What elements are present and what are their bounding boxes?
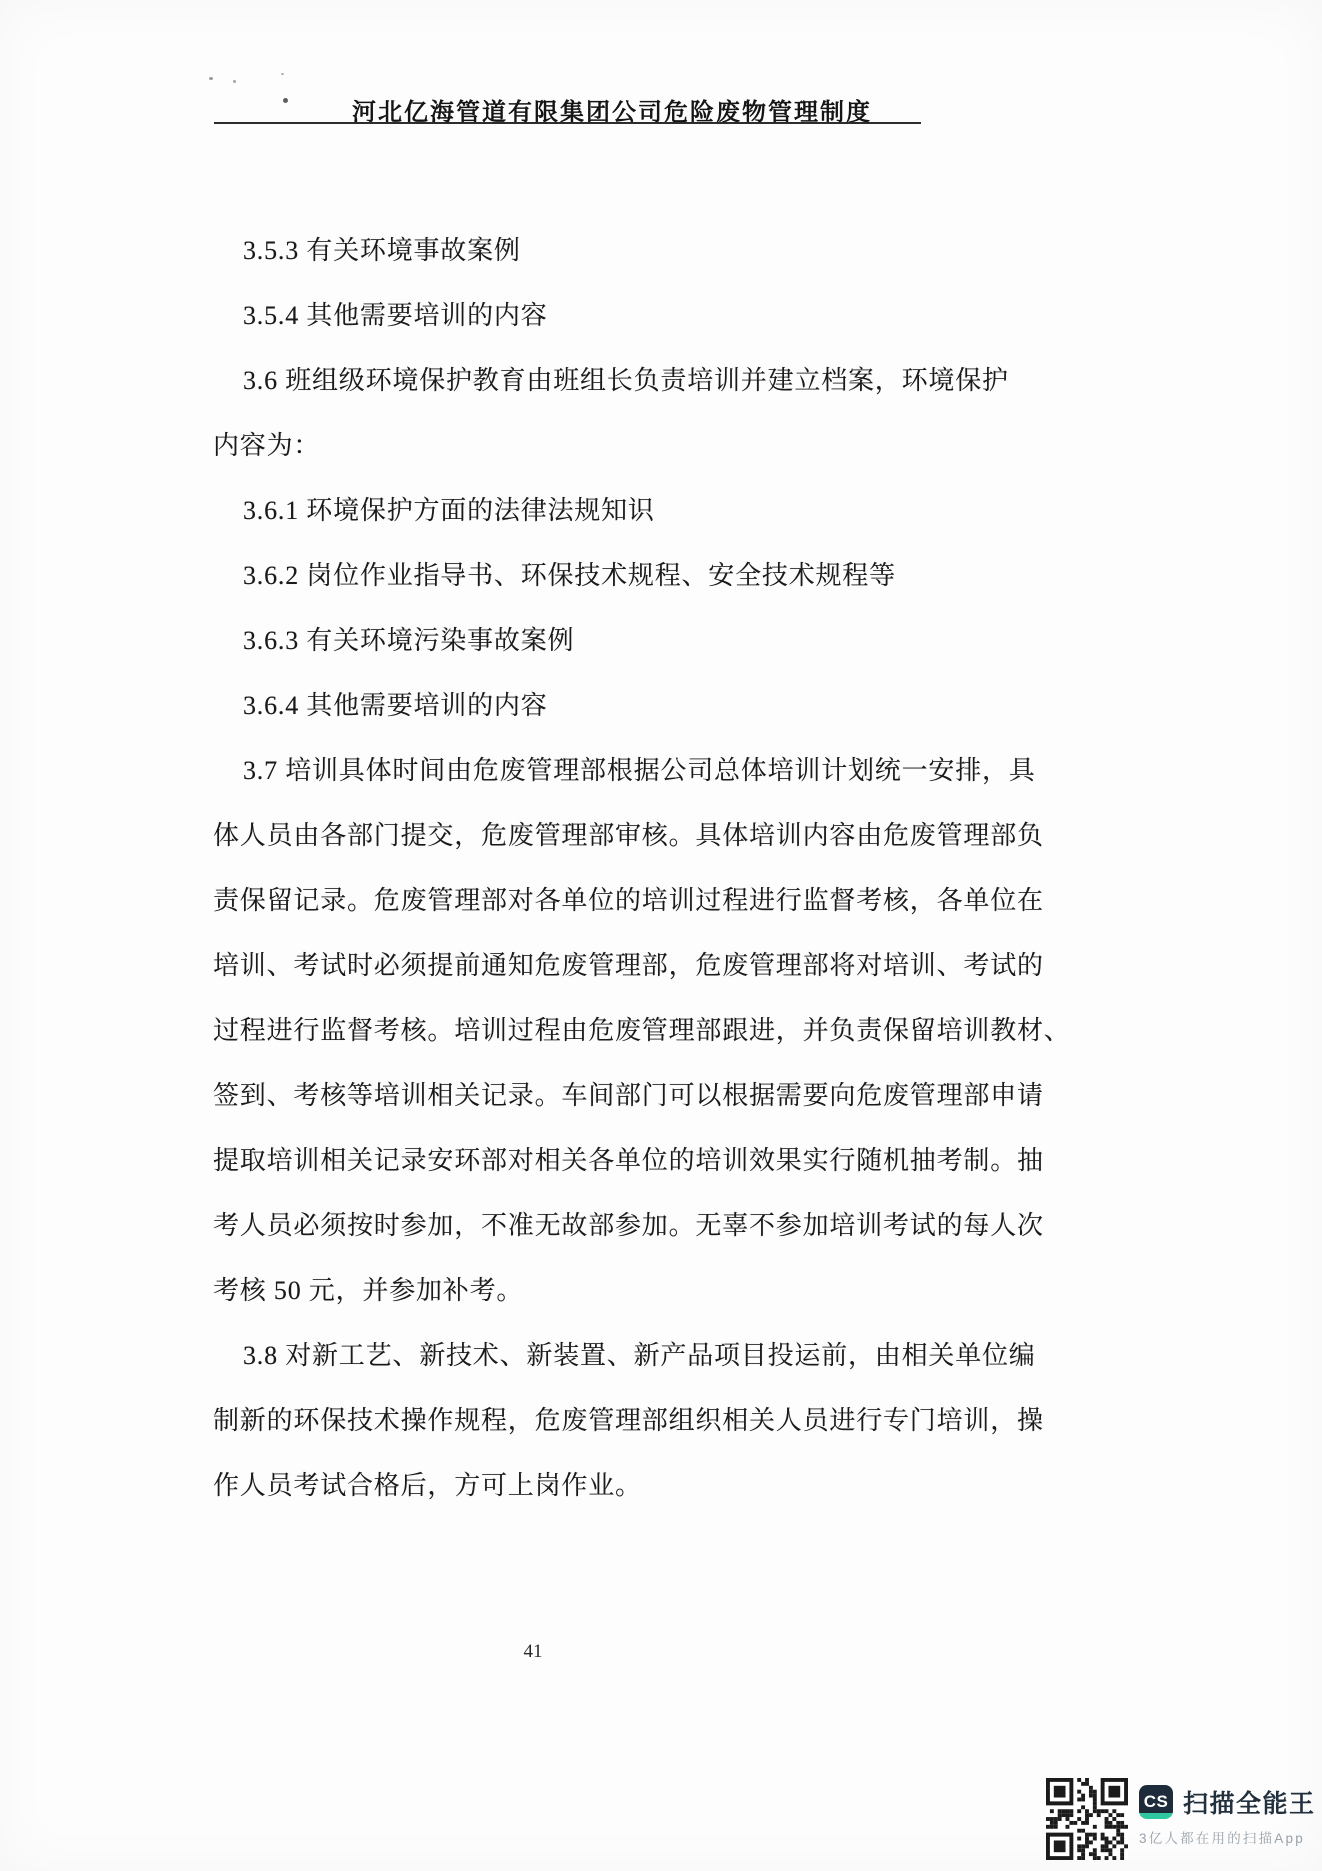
text-line: 3.6.4 其他需要培训的内容	[213, 673, 1083, 738]
scanned-document-page: { "header": { "title": "河北亿海管道有限集团公司危险废物…	[0, 0, 1322, 1871]
text-line: 提取培训相关记录安环部对相关各单位的培训效果实行随机抽考制。抽	[213, 1128, 1083, 1193]
text-line: 签到、考核等培训相关记录。车间部门可以根据需要向危废管理部申请	[213, 1063, 1083, 1128]
camscanner-cs-logo-icon: CS	[1139, 1785, 1173, 1819]
text-line: 制新的环保技术操作规程，危废管理部组织相关人员进行专门培训，操	[213, 1388, 1083, 1453]
text-line: 3.6.2 岗位作业指导书、环保技术规程、安全技术规程等	[213, 543, 1083, 608]
text-line: 体人员由各部门提交，危废管理部审核。具体培训内容由危废管理部负	[213, 803, 1083, 868]
cs-logo-text: CS	[1144, 1792, 1169, 1812]
text-line: 作人员考试合格后，方可上岗作业。	[213, 1453, 1083, 1518]
watermark-logo-row: CS 扫描全能王	[1139, 1784, 1316, 1820]
text-line: 过程进行监督考核。培训过程由危废管理部跟进，并负责保留培训教材、	[213, 998, 1083, 1063]
text-line: 内容为：	[213, 413, 1083, 478]
page-number: 41	[500, 1641, 566, 1663]
camscanner-tagline: 3亿人都在用的扫描App	[1139, 1827, 1316, 1847]
text-line: 3.6.1 环境保护方面的法律法规知识	[213, 478, 1083, 543]
text-line: 考人员必须按时参加，不准无故部参加。无辜不参加培训考试的每人次	[213, 1193, 1083, 1258]
watermark-text-block: CS 扫描全能王 3亿人都在用的扫描App	[1139, 1778, 1316, 1847]
camscanner-app-name: 扫描全能王	[1183, 1784, 1316, 1820]
text-line: 培训、考试时必须提前通知危废管理部，危废管理部将对培训、考试的	[213, 933, 1083, 998]
text-line: 3.6.3 有关环境污染事故案例	[213, 608, 1083, 673]
document-body: 3.5.3 有关环境事故案例3.5.4 其他需要培训的内容3.6 班组级环境保护…	[213, 218, 1083, 1518]
scan-speck	[209, 77, 213, 80]
header-rule	[214, 122, 921, 124]
text-line: 3.8 对新工艺、新技术、新装置、新产品项目投运前，由相关单位编	[213, 1323, 1083, 1388]
text-line: 3.5.4 其他需要培训的内容	[213, 283, 1083, 348]
text-line: 考核 50 元，并参加补考。	[213, 1258, 1083, 1323]
scan-speck	[283, 98, 288, 103]
text-line: 3.6 班组级环境保护教育由班组长负责培训并建立档案，环境保护	[213, 348, 1083, 413]
scan-speck	[281, 73, 284, 75]
text-line: 责保留记录。危废管理部对各单位的培训过程进行监督考核，各单位在	[213, 868, 1083, 933]
camscanner-watermark: CS 扫描全能王 3亿人都在用的扫描App	[1046, 1778, 1316, 1860]
qr-code-icon	[1046, 1778, 1128, 1860]
text-line: 3.7 培训具体时间由危废管理部根据公司总体培训计划统一安排，具	[213, 738, 1083, 803]
scan-speck	[233, 80, 236, 83]
text-line: 3.5.3 有关环境事故案例	[213, 218, 1083, 283]
